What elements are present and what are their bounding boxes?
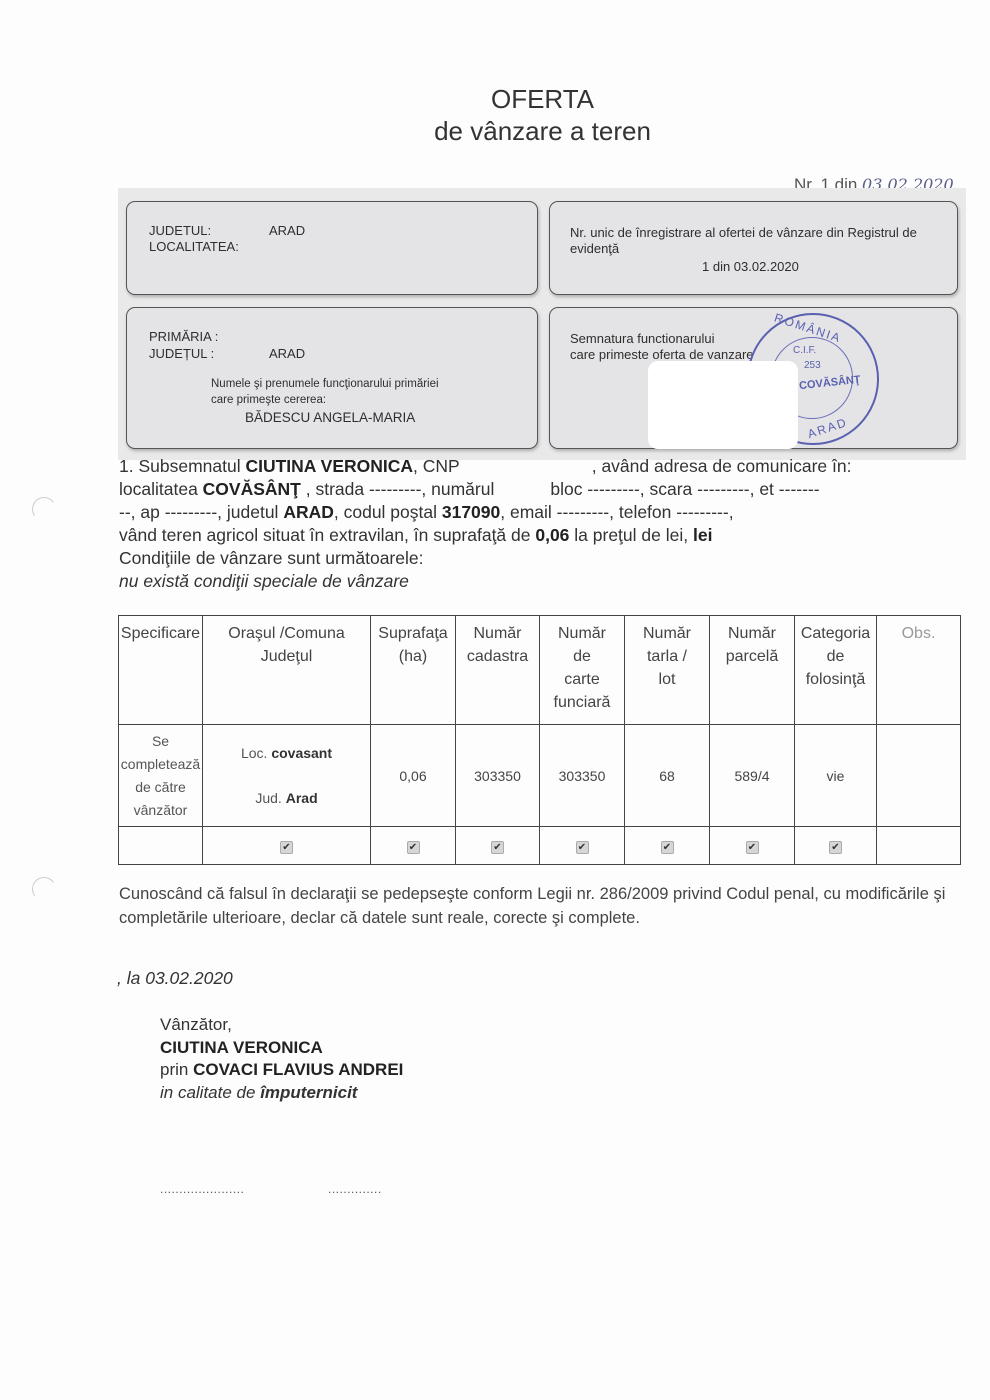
punch-hole: [30, 875, 58, 903]
checkbox-checked-icon[interactable]: ✔: [746, 841, 759, 854]
official-name: BĂDESCU ANGELA-MARIA: [245, 410, 415, 425]
seller-name: CIUTINA VERONICA: [245, 456, 413, 476]
cell-carte-funciara: 303350: [540, 725, 625, 827]
cell-parcela: 589/4: [710, 725, 795, 827]
checkbox-cell: ✔: [456, 827, 540, 865]
locality: COVĂSÂNŢ: [203, 479, 301, 499]
table-row: Se completează de către vânzător Loc. co…: [119, 725, 961, 827]
checkbox-cell: [877, 827, 961, 865]
primaria-judet-value: ARAD: [269, 346, 305, 361]
localitate-label: LOCALITATEA:: [149, 239, 239, 254]
statement-line-4: vând teren agricol situat în extravilan,…: [119, 524, 969, 547]
checkbox-cell: ✔: [371, 827, 456, 865]
cell-cadastral: 303350: [456, 725, 540, 827]
header-cell: Numărdecartefunciară: [540, 616, 625, 725]
registry-value: 1 din 03.02.2020: [702, 259, 799, 274]
signature-label-1: Semnatura functionarului: [570, 331, 715, 346]
cell-obs: [877, 725, 961, 827]
judet-value: ARAD: [269, 223, 305, 238]
primaria-judet-label: JUDEȚUL :: [149, 346, 214, 361]
area: 0,06: [535, 525, 569, 545]
cell-localitate: Loc. covasant Jud. Arad: [203, 725, 371, 827]
statement-line-1: 1. Subsemnatul CIUTINA VERONICA, CNP, av…: [119, 455, 969, 478]
stamp-cif: C.I.F.: [793, 345, 816, 356]
seller-role: Vânzător,: [160, 1014, 403, 1037]
official-label-1: Numele şi prenumele funcţionarului primă…: [211, 378, 439, 390]
capacity: împuternicit: [260, 1083, 357, 1102]
title-line-1: OFERTA: [0, 83, 990, 115]
land-table: Specificare Oraşul /ComunaJudeţul Supraf…: [118, 615, 961, 865]
title-line-2: de vânzare a teren: [0, 115, 990, 147]
primaria-box: PRIMĂRIA : JUDEȚUL : ARAD Numele şi pren…: [126, 307, 538, 449]
signature-line-left: ......................: [160, 1182, 244, 1196]
checkbox-checked-icon[interactable]: ✔: [576, 841, 589, 854]
official-label-2: care primeşte cererea:: [211, 394, 326, 406]
cell-tarla-lot: 68: [625, 725, 710, 827]
redacted-signature: [648, 361, 798, 449]
checkbox-checked-icon[interactable]: ✔: [661, 841, 674, 854]
checkbox-checked-icon[interactable]: ✔: [829, 841, 842, 854]
judet-label: JUDETUL:: [149, 223, 211, 238]
statement-paragraph: 1. Subsemnatul CIUTINA VERONICA, CNP, av…: [119, 455, 969, 593]
statement-line-2: localitatea COVĂSÂNŢ , strada ---------,…: [119, 478, 969, 501]
location-box: JUDETUL: ARAD LOCALITATEA:: [126, 201, 538, 295]
table-header-row: Specificare Oraşul /ComunaJudeţul Supraf…: [119, 616, 961, 725]
stamp-code: 253: [804, 360, 821, 371]
header-cell: Categoriadefolosinţă: [795, 616, 877, 725]
header-cell: Numărparcelă: [710, 616, 795, 725]
header-cell: Numărtarla /lot: [625, 616, 710, 725]
checkbox-checked-icon[interactable]: ✔: [280, 841, 293, 854]
signature-seller: CIUTINA VERONICA: [160, 1037, 403, 1060]
header-cell: Specificare: [119, 616, 203, 725]
signature-date: , la 03.02.2020: [117, 968, 233, 989]
header-cell: Suprafaţa(ha): [371, 616, 456, 725]
checkbox-cell: [119, 827, 203, 865]
checkbox-cell: ✔: [710, 827, 795, 865]
checkbox-cell: ✔: [625, 827, 710, 865]
header-cell: Oraşul /ComunaJudeţul: [203, 616, 371, 725]
checkbox-checked-icon[interactable]: ✔: [407, 841, 420, 854]
signature-label-2: care primeste oferta de vanzare: [570, 347, 754, 362]
signature-block: Vânzător, CIUTINA VERONICA prin COVACI F…: [160, 1014, 403, 1104]
declaration-text: Cunoscând că falsul în declaraţii se ped…: [119, 882, 969, 930]
currency: lei: [693, 525, 712, 545]
checkbox-cell: ✔: [540, 827, 625, 865]
checkbox-cell: ✔: [203, 827, 371, 865]
registry-box: Nr. unic de înregistrare al ofertei de v…: [549, 201, 958, 295]
checkbox-checked-icon[interactable]: ✔: [491, 841, 504, 854]
cell-suprafata: 0,06: [371, 725, 456, 827]
representative-name: COVACI FLAVIUS ANDREI: [193, 1060, 403, 1079]
checkbox-row: ✔ ✔ ✔ ✔ ✔ ✔ ✔: [119, 827, 961, 865]
document-title: OFERTA de vânzare a teren: [0, 83, 990, 147]
cell-categoria: vie: [795, 725, 877, 827]
county: ARAD: [283, 502, 334, 522]
signature-line-right: ..............: [328, 1182, 382, 1196]
checkbox-cell: ✔: [795, 827, 877, 865]
conditions-label: Condiţiile de vânzare sunt următoarele:: [119, 547, 969, 570]
header-cell: Numărcadastra: [456, 616, 540, 725]
representative-line: prin COVACI FLAVIUS ANDREI: [160, 1059, 403, 1082]
header-cell: Obs.: [877, 616, 961, 725]
cell-specificare: Se completează de către vânzător: [119, 725, 203, 827]
registry-label: Nr. unic de înregistrare al ofertei de v…: [570, 225, 940, 257]
statement-line-3: --, ap ---------, judetul ARAD, codul po…: [119, 501, 969, 524]
primaria-label: PRIMĂRIA :: [149, 329, 218, 344]
conditions-value: nu există condiţii speciale de vânzare: [119, 570, 969, 593]
capacity-line: in calitate de împuternicit: [160, 1082, 403, 1105]
postal-code: 317090: [442, 502, 500, 522]
punch-hole: [30, 495, 58, 523]
